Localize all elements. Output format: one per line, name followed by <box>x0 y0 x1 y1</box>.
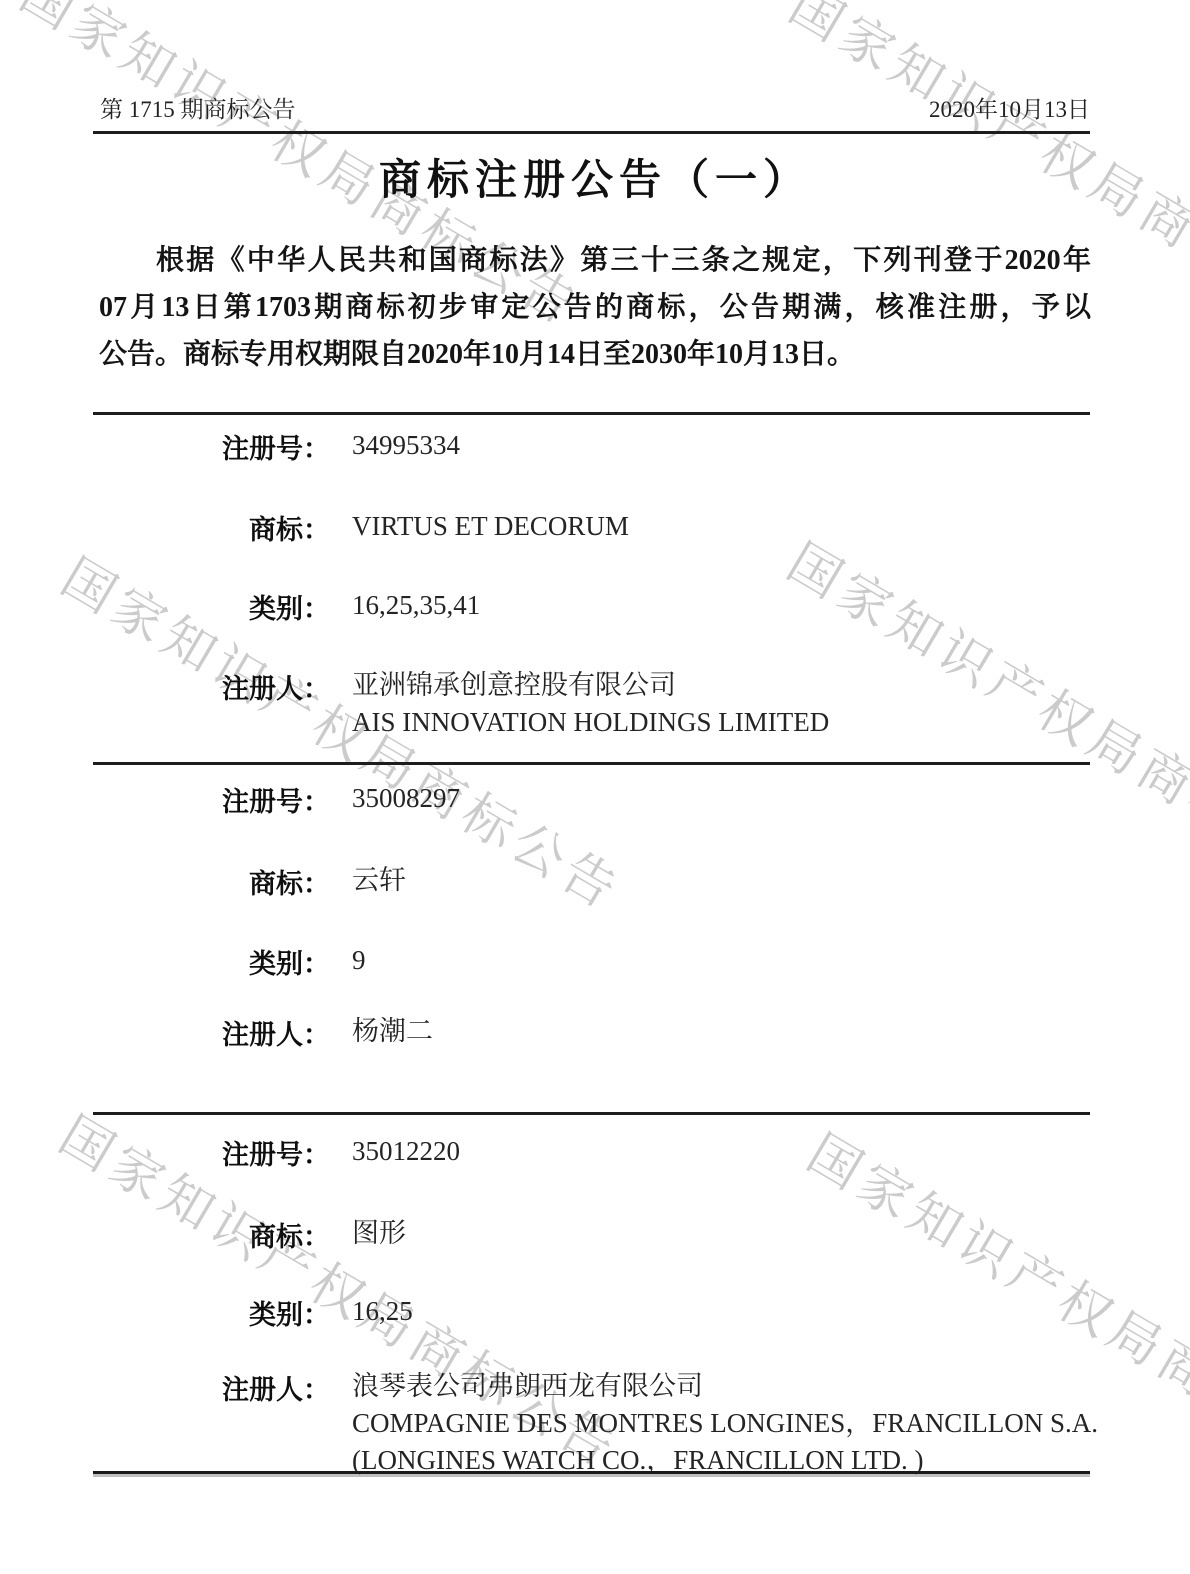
field-label-registrant: 注册人： <box>95 667 330 706</box>
field-value-reg-no: 34995334 <box>352 427 1097 464</box>
field-value-registrant: 浪琴表公司弗朗西龙有限公司 COMPAGNIE DES MONTRES LONG… <box>352 1368 1097 1479</box>
page-title: 商标注册公告（一） <box>0 147 1190 207</box>
intro-paragraph: 根据《中华人民共和国商标法》第三十三条之规定，下列刊登于2020年 07月13日… <box>99 237 1091 378</box>
registrant-line: 亚洲锦承创意控股有限公司 <box>352 667 1097 704</box>
field-label-classes: 类别： <box>95 587 330 626</box>
field-label-trademark: 商标： <box>95 862 330 901</box>
field-value-reg-no: 35008297 <box>352 780 1097 817</box>
field-label-trademark: 商标： <box>95 508 330 547</box>
field-value-classes: 16,25 <box>352 1293 1097 1330</box>
section-rule <box>93 1112 1090 1115</box>
registrant-line: COMPAGNIE DES MONTRES LONGINES，FRANCILLO… <box>352 1405 1097 1442</box>
registrant-line: AIS INNOVATION HOLDINGS LIMITED <box>352 704 1097 741</box>
intro-line: 根据《中华人民共和国商标法》第三十三条之规定，下列刊登于2020年 <box>99 237 1091 284</box>
page-content: 第 1715 期商标公告 2020年10月13日 商标注册公告（一） 根据《中华… <box>0 0 1190 1574</box>
field-label-classes: 类别： <box>95 942 330 981</box>
field-label-trademark: 商标： <box>95 1215 330 1254</box>
intro-line: 公告。商标专用权期限自2020年10月14日至2030年10月13日。 <box>99 331 1091 378</box>
registrant-line: 杨潮二 <box>352 1013 1097 1050</box>
field-label-reg-no: 注册号： <box>95 427 330 466</box>
registrant-line: 浪琴表公司弗朗西龙有限公司 <box>352 1368 1097 1405</box>
field-value-registrant: 杨潮二 <box>352 1013 1097 1050</box>
header-rule <box>93 131 1090 134</box>
field-value-classes: 16,25,35,41 <box>352 587 1097 624</box>
field-value-classes: 9 <box>352 942 1097 979</box>
field-label-classes: 类别： <box>95 1293 330 1332</box>
gazette-page: 国家知识产权局商标公告 国家知识产权局商标公告 国家知识产权局商标公告 国家知识… <box>0 0 1190 1574</box>
field-label-reg-no: 注册号： <box>95 780 330 819</box>
section-rule <box>93 412 1090 415</box>
field-value-trademark: VIRTUS ET DECORUM <box>352 508 1097 545</box>
field-value-registrant: 亚洲锦承创意控股有限公司 AIS INNOVATION HOLDINGS LIM… <box>352 667 1097 741</box>
field-value-trademark: 云轩 <box>352 862 1097 899</box>
header-date: 2020年10月13日 <box>929 91 1090 124</box>
field-value-reg-no: 35012220 <box>352 1133 1097 1170</box>
header-issue-number: 第 1715 期商标公告 <box>100 91 296 124</box>
bottom-rule <box>93 1471 1090 1474</box>
section-rule <box>93 762 1090 765</box>
intro-line: 07月13日第1703期商标初步审定公告的商标，公告期满，核准注册，予以 <box>99 284 1091 331</box>
field-label-registrant: 注册人： <box>95 1013 330 1052</box>
field-label-registrant: 注册人： <box>95 1368 330 1407</box>
field-value-trademark: 图形 <box>352 1215 1097 1252</box>
field-label-reg-no: 注册号： <box>95 1133 330 1172</box>
